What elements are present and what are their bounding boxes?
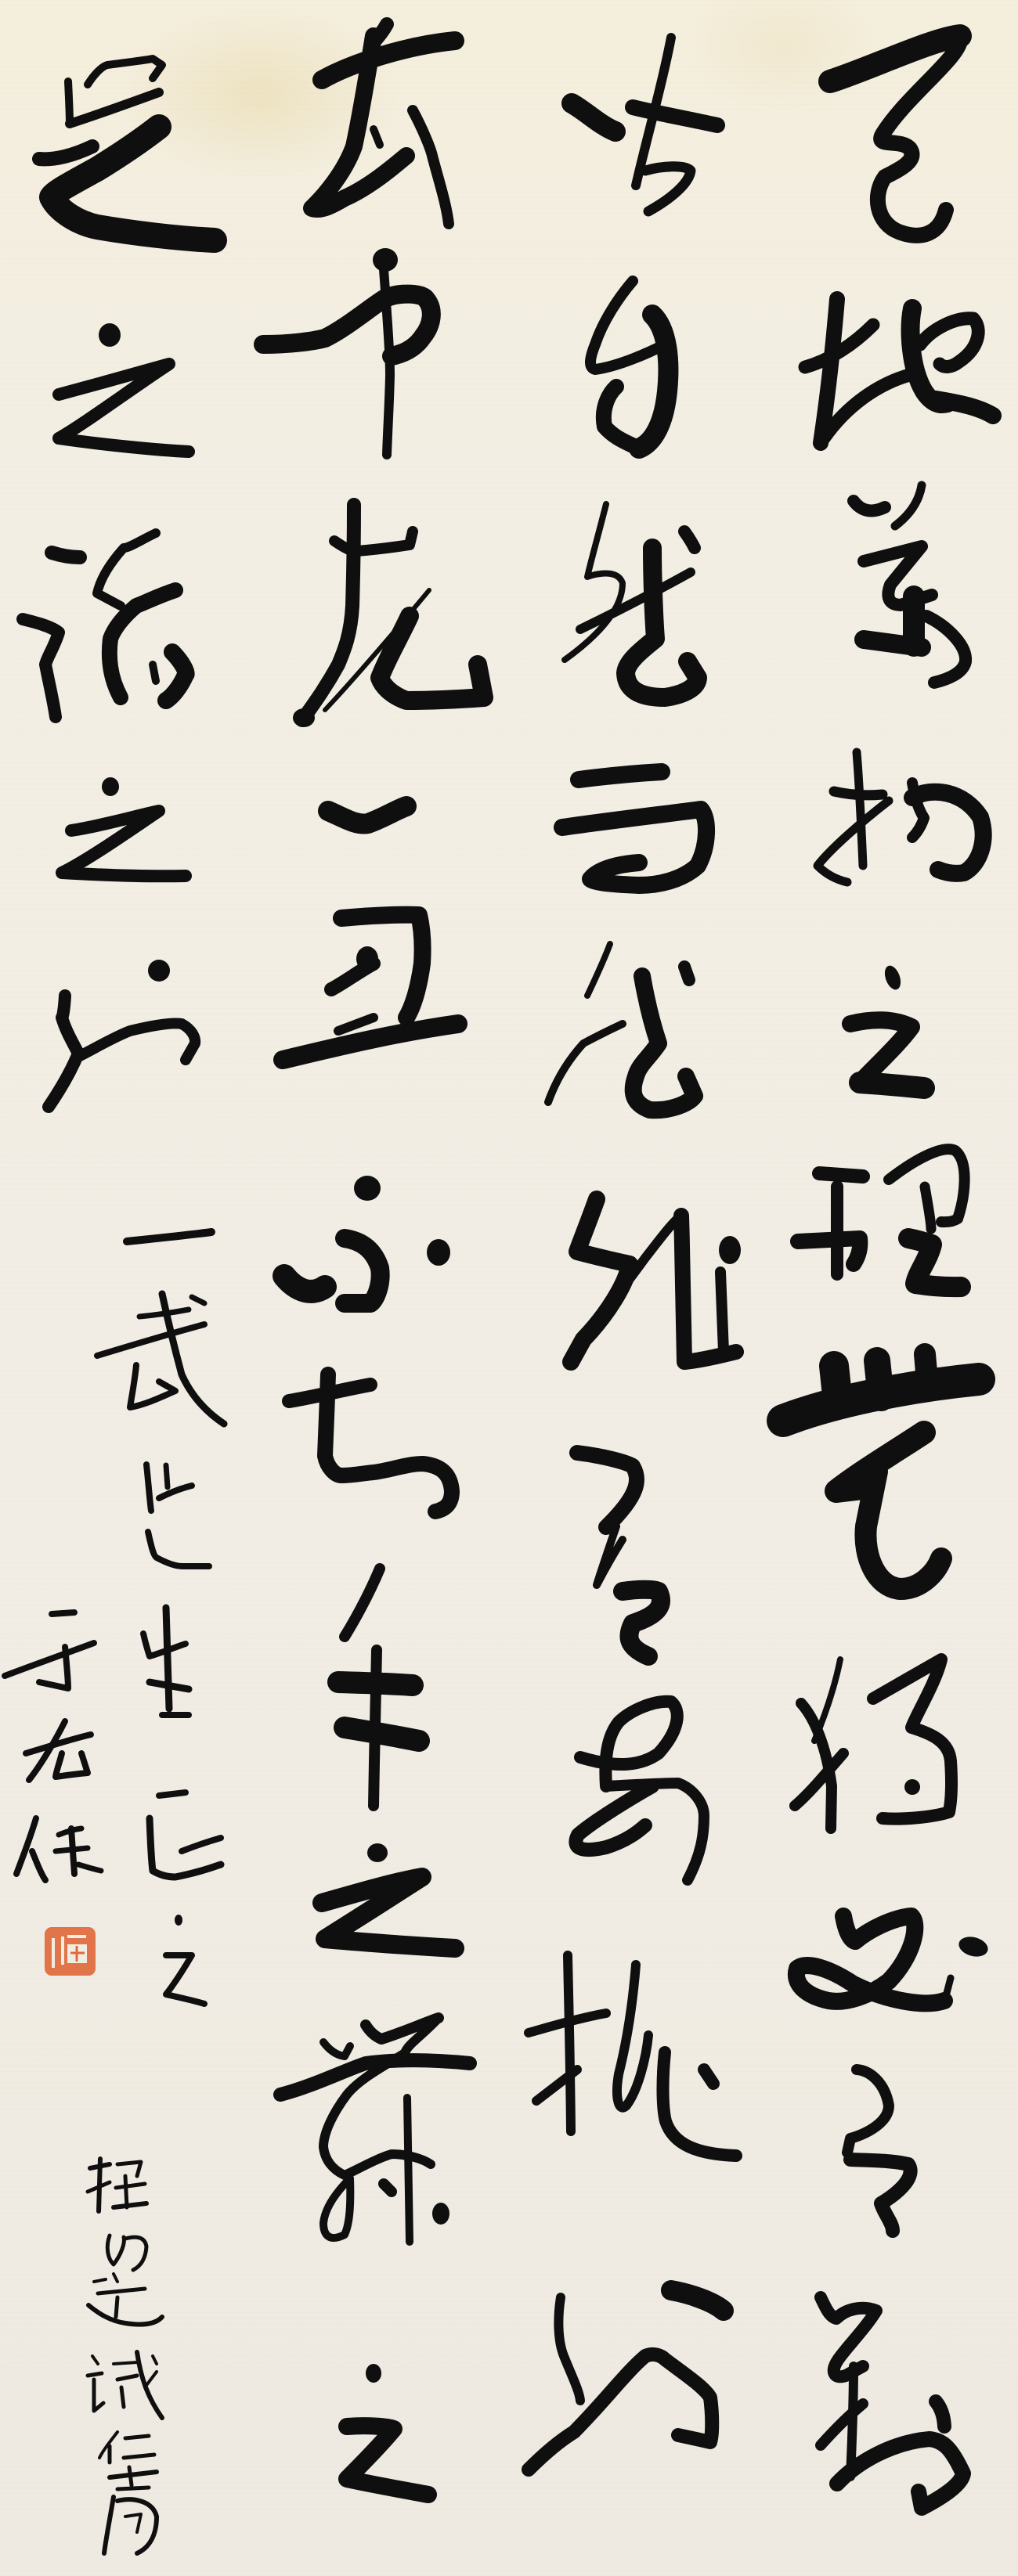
main-column-1-text: 天地萬物之理無獨必有對: [799, 23, 1002, 2513]
red-seal-stamp: [45, 1927, 96, 1976]
main-column-4-text: 足之蹈之也: [16, 59, 219, 1108]
calligraphy-scroll: 天地萬物之理無獨必有對 皆自然而然非有安排也 每中夜以思不知手之舞之 足之蹈之也…: [0, 0, 1018, 2576]
source-note-text: 程明道識仁篇: [86, 2156, 164, 2556]
main-column-2-text: 皆自然而然非有安排也: [540, 36, 752, 2470]
main-column-3-text: 每中夜以思不知手之舞之: [266, 23, 486, 2497]
dedication-text: 一武先生正之: [97, 1229, 230, 2004]
signature-text: 于右任: [3, 1607, 105, 1897]
